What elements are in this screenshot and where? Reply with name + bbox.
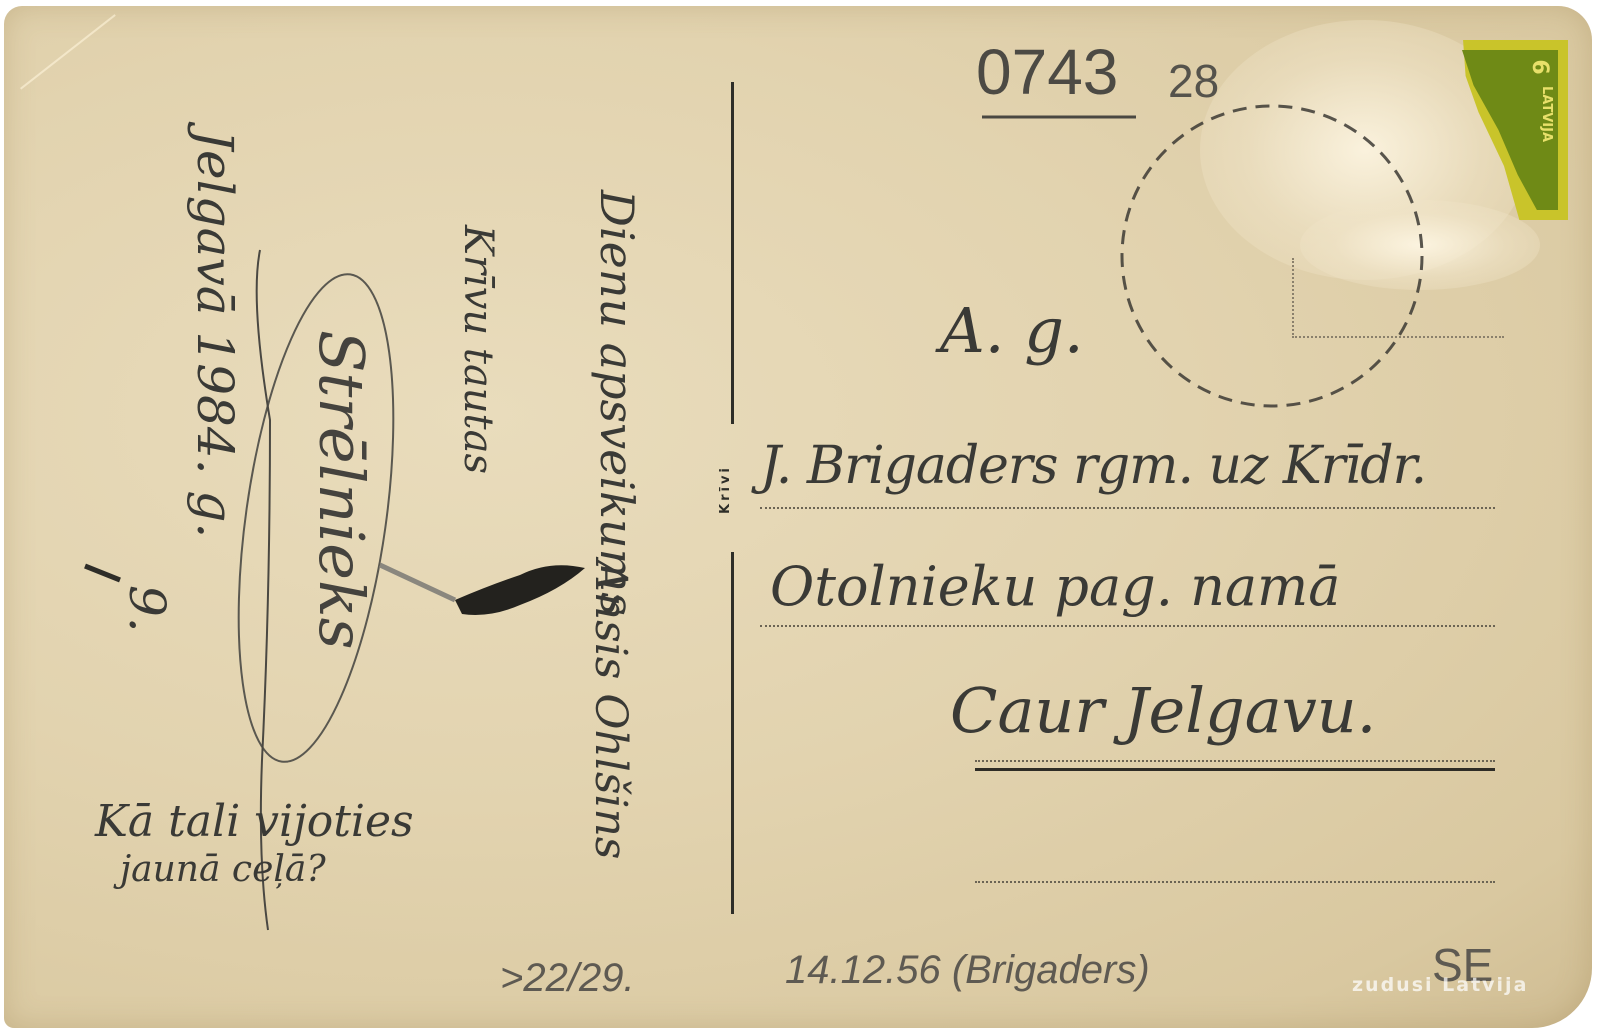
message-date-day: 9. [122, 585, 172, 633]
message-footer-line-2: jaunā ceļā? [120, 852, 326, 888]
address-city: Caur Jelgavu. [950, 680, 1376, 742]
address-line-1 [760, 507, 1495, 509]
divider-label: Krīvi [718, 430, 746, 550]
archive-number: 0743 [976, 40, 1118, 104]
address-salutation: A. g. [940, 300, 1084, 362]
address-underline [975, 768, 1495, 771]
postmark-circle [1122, 106, 1422, 406]
divider-line-bottom [731, 552, 734, 914]
divider-line-top [731, 82, 734, 424]
signature: Strēlnieks [310, 330, 372, 649]
watermark: zudusi Latvija [1352, 974, 1528, 996]
address-parish: Otolnieku pag. namā [770, 560, 1340, 614]
message-line-1: Dienu apsveikums [594, 190, 640, 616]
pencil-reference: >22/29. [500, 958, 635, 998]
message-line-2: Krīvu tautas [458, 225, 498, 474]
archive-number-suffix: 28 [1168, 58, 1219, 104]
pencil-date-note: 14.12.56 (Brigaders) [785, 950, 1150, 990]
address-line-3 [975, 760, 1495, 762]
address-line-4 [975, 881, 1495, 883]
message-place-date: Jelgavā 1984. g. [190, 130, 240, 538]
address-line-2 [760, 625, 1495, 627]
message-line-3: Ansis Ohlšins [588, 560, 632, 859]
address-recipient: J. Brigaders rgm. uz Krīdr. [760, 440, 1426, 492]
message-footer-line-1: Kā tali vijoties [95, 800, 414, 844]
